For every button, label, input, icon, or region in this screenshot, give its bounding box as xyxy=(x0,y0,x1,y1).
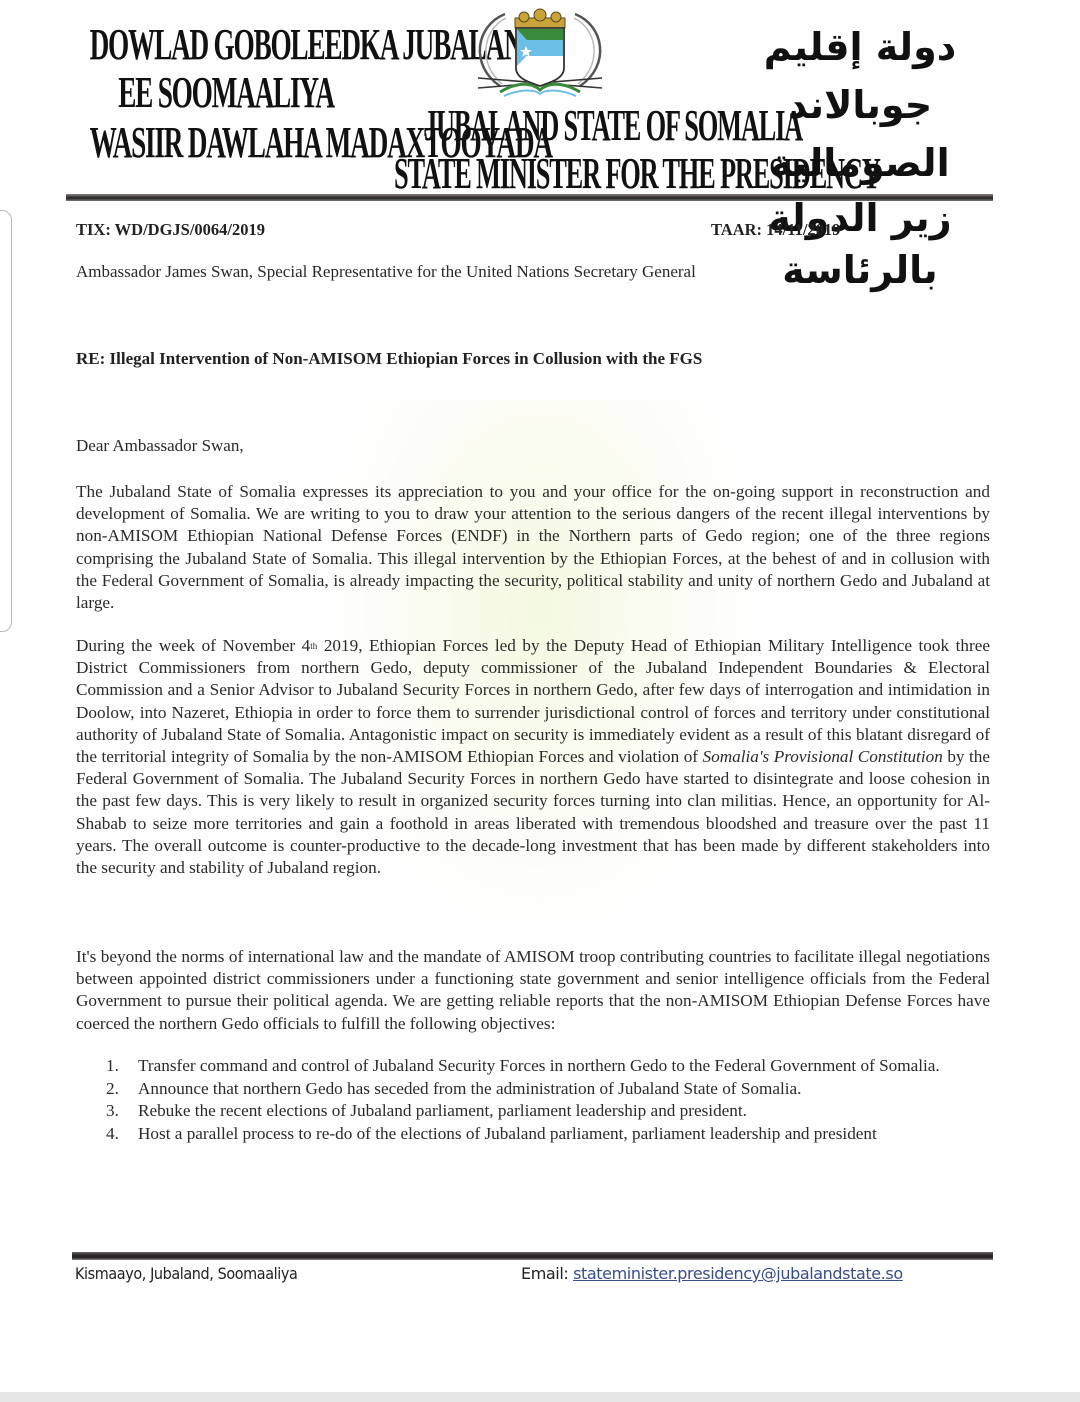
list-item-text: Rebuke the recent elections of Jubaland … xyxy=(138,1101,747,1120)
letter-page: DOWLAD GOBOLEEDKA JUBALAND EE SOOMAALIYA… xyxy=(0,0,1080,1392)
letterhead-somali-line: WASIIR DAWLAHA MADAXTOOYADA xyxy=(90,118,363,168)
footer-address: Kismaayo, Jubaland, Soomaaliya xyxy=(75,1264,297,1283)
list-number: 2. xyxy=(106,1078,119,1101)
paragraph-text: by the Federal Government of Somalia. Th… xyxy=(76,747,990,877)
date-value: 14/11/2019 xyxy=(766,220,840,239)
email-label: Email: xyxy=(521,1264,568,1283)
footer-email: Email: stateminister.presidency@jubaland… xyxy=(521,1264,903,1283)
recipient-line: Ambassador James Swan, Special Represent… xyxy=(76,262,696,282)
list-number: 1. xyxy=(106,1055,119,1078)
jubaland-coat-of-arms-icon xyxy=(460,6,620,102)
letterhead-english-line: JUBALAND STATE OF SOMALIA xyxy=(424,100,706,152)
letterhead-somali-line: EE SOOMAALIYA xyxy=(90,68,363,118)
email-link[interactable]: stateminister.presidency@jubalandstate.s… xyxy=(573,1264,903,1283)
footer-divider xyxy=(72,1252,993,1260)
body-paragraph-1: The Jubaland State of Somalia expresses … xyxy=(76,481,990,614)
letterhead-divider xyxy=(66,194,993,201)
salutation: Dear Ambassador Swan, xyxy=(76,436,244,456)
letterhead-somali: DOWLAD GOBOLEEDKA JUBALAND EE SOOMAALIYA… xyxy=(76,22,376,168)
list-item: 2.Announce that northern Gedo has secede… xyxy=(106,1078,986,1101)
reference-label: TIX: xyxy=(76,220,111,239)
list-number: 3. xyxy=(106,1100,119,1123)
body-paragraph-2: During the week of November 4th 2019, Et… xyxy=(76,635,990,879)
list-item: 1.Transfer command and control of Jubala… xyxy=(106,1055,986,1078)
list-item-text: Host a parallel process to re-do of the … xyxy=(138,1124,877,1143)
list-item-text: Announce that northern Gedo has seceded … xyxy=(138,1079,801,1098)
list-number: 4. xyxy=(106,1123,119,1146)
constitution-reference: Somalia's Provisional Constitution xyxy=(703,747,943,766)
list-item: 3.Rebuke the recent elections of Jubalan… xyxy=(106,1100,986,1123)
date-label: TAAR: xyxy=(711,220,762,239)
subject-line: RE: Illegal Intervention of Non-AMISOM E… xyxy=(76,349,702,369)
reference-value: WD/DGJS/0064/2019 xyxy=(115,220,265,239)
letterhead-english: JUBALAND STATE OF SOMALIA STATE MINISTER… xyxy=(390,100,740,196)
letterhead-arabic: دولة إقليم جوبالاند الصومالية زير الدولة… xyxy=(700,18,1020,296)
letter-date: TAAR: 14/11/2019 xyxy=(711,220,840,240)
objectives-list: 1.Transfer command and control of Jubala… xyxy=(106,1055,986,1145)
list-item-text: Transfer command and control of Jubaland… xyxy=(138,1056,940,1075)
body-paragraph-3: It's beyond the norms of international l… xyxy=(76,946,990,1035)
paragraph-text: During the week of November 4 xyxy=(76,636,310,655)
letterhead-arabic-line: زير الدولة بالرئاسة xyxy=(700,192,1020,296)
letterhead-english-line: STATE MINISTER FOR THE PRESIDENCY xyxy=(394,152,736,196)
reference-number: TIX: WD/DGJS/0064/2019 xyxy=(76,220,265,240)
list-item: 4.Host a parallel process to re-do of th… xyxy=(106,1123,986,1146)
viewer-bottom-bar xyxy=(0,1392,1080,1402)
letterhead-somali-line: DOWLAD GOBOLEEDKA JUBALAND xyxy=(90,22,363,68)
letterhead-arabic-line: دولة إقليم جوبالاند الصومالية xyxy=(700,18,1020,192)
side-panel-handle[interactable] xyxy=(0,210,12,632)
